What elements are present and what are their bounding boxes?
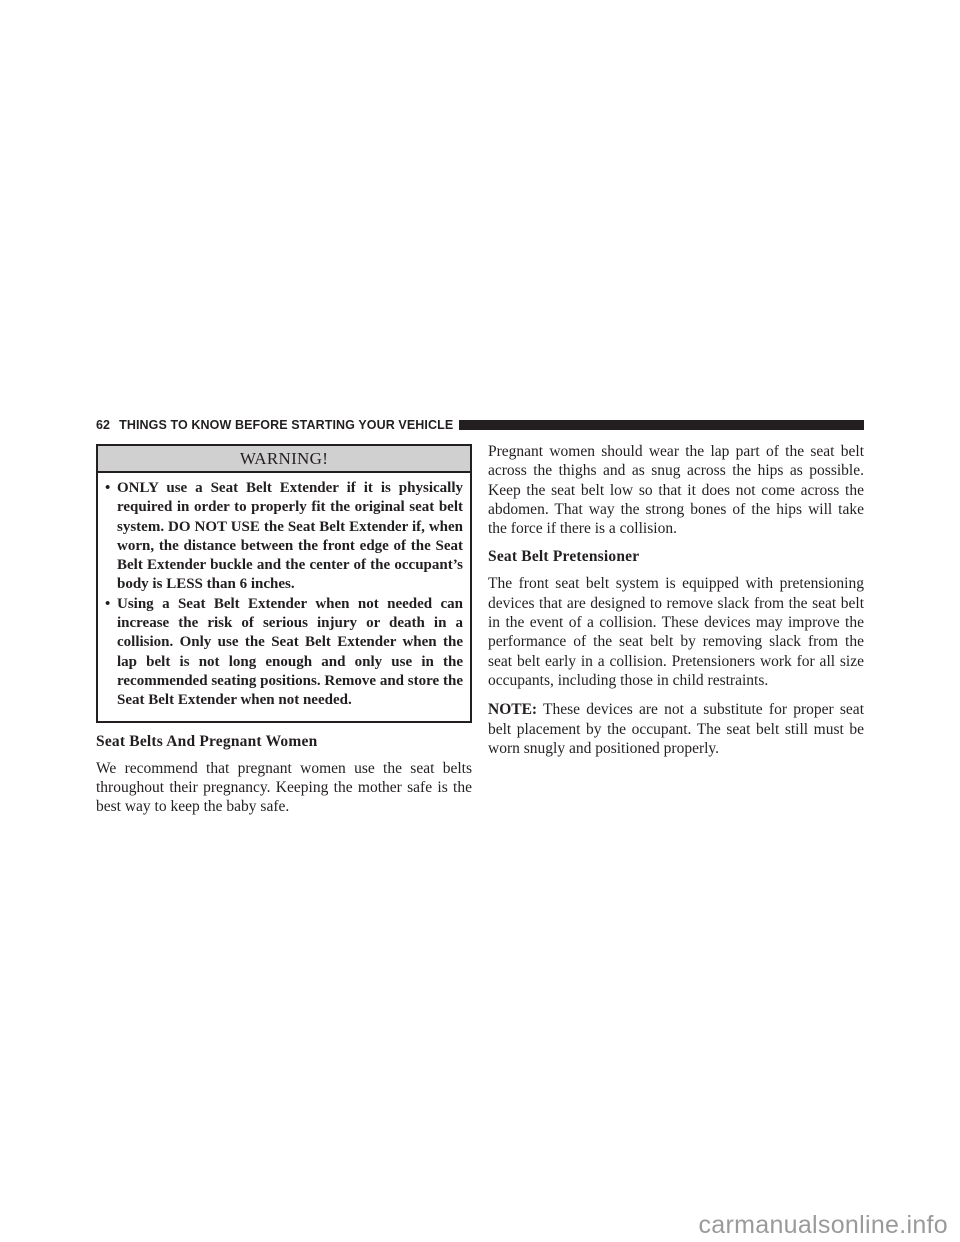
warning-item: • Using a Seat Belt Extender when not ne… (105, 595, 463, 711)
bullet-icon: • (105, 479, 110, 498)
watermark: carmanualsonline.info (698, 1211, 948, 1240)
page-number: 62 (96, 418, 110, 432)
note-paragraph: NOTE: These devices are not a substitute… (488, 700, 864, 758)
warning-item: • ONLY use a Seat Belt Extender if it is… (105, 479, 463, 595)
warning-title: WARNING! (98, 446, 470, 473)
body-paragraph: Pregnant women should wear the lap part … (488, 442, 864, 538)
warning-item-text: Using a Seat Belt Extender when not need… (117, 596, 463, 708)
bullet-icon: • (105, 595, 110, 614)
page-header: 62 THINGS TO KNOW BEFORE STARTING YOUR V… (96, 418, 864, 432)
warning-box: WARNING! • ONLY use a Seat Belt Extender… (96, 444, 472, 723)
header-rule (459, 420, 864, 430)
warning-item-text: ONLY use a Seat Belt Extender if it is p… (117, 480, 463, 592)
left-column: WARNING! • ONLY use a Seat Belt Extender… (96, 444, 472, 824)
body-paragraph: We recommend that pregnant women use the… (96, 759, 472, 817)
section-heading-pretensioner: Seat Belt Pretensioner (488, 548, 864, 566)
right-column: Pregnant women should wear the lap part … (488, 442, 864, 768)
body-paragraph: The front seat belt system is equipped w… (488, 574, 864, 690)
note-text: These devices are not a substitute for p… (488, 701, 864, 757)
warning-list: • ONLY use a Seat Belt Extender if it is… (98, 473, 470, 721)
section-heading-pregnant-women: Seat Belts And Pregnant Women (96, 733, 472, 751)
section-title: THINGS TO KNOW BEFORE STARTING YOUR VEHI… (119, 418, 453, 432)
note-label: NOTE: (488, 701, 537, 718)
